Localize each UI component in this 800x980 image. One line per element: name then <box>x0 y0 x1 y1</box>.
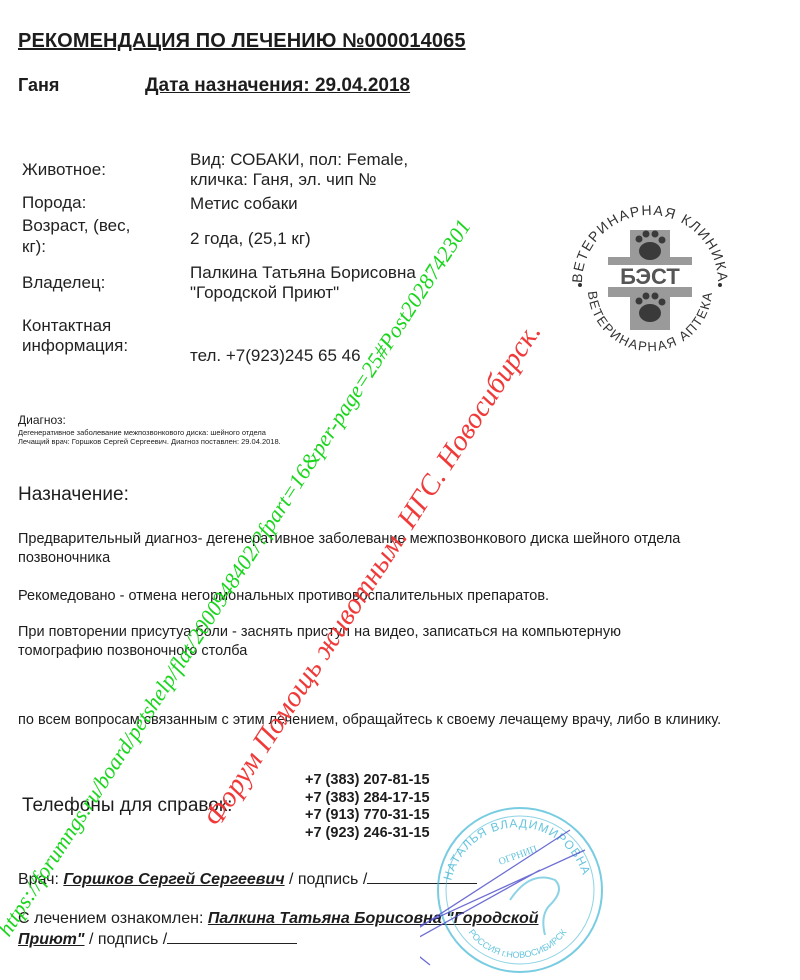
contact-phone: тел. +7(923)245 65 46 <box>190 346 361 366</box>
owner-value-line2: "Городской Приют" <box>190 283 339 303</box>
owner-label: Владелец: <box>22 273 105 293</box>
logo-brand: БЭСТ <box>620 264 680 289</box>
phone-number: +7 (923) 246-31-15 <box>305 825 430 841</box>
owner-signature-blank <box>167 929 297 944</box>
prescription-title: Назначение: <box>18 484 129 506</box>
diagnosis-doctor-line: Лечащий врач: Горшков Сергей Сергеевич. … <box>18 437 281 446</box>
contact-label-line1: Контактная <box>22 316 111 336</box>
ack-line2: Приют" / подпись / <box>18 929 297 949</box>
phone-number: +7 (913) 770-31-15 <box>305 807 430 823</box>
animal-label: Животное: <box>22 160 106 180</box>
signature-label: / подпись / <box>85 931 168 948</box>
breed-label: Порода: <box>22 193 86 213</box>
age-label-line2: кг): <box>22 237 46 257</box>
acknowledged-name-cont: Приют" <box>18 931 85 948</box>
handwritten-signature <box>420 830 585 965</box>
contact-label-line2: информация: <box>22 336 128 356</box>
age-value: 2 года, (25,1 кг) <box>190 229 311 249</box>
svg-text:РОССИЯ г.НОВОСИБИРСК: РОССИЯ г.НОВОСИБИРСК <box>467 927 569 960</box>
diagnosis-line: Дегенеративное заболевание межпозвонково… <box>18 428 266 437</box>
document-title: РЕКОМЕНДАЦИЯ ПО ЛЕЧЕНИЮ №000014065 <box>18 30 466 53</box>
doctor-name: Горшков Сергей Сергеевич <box>63 871 284 888</box>
clinic-logo: ВЕТЕРИНАРНАЯ КЛИНИКА ВЕТЕРИНАРНАЯ АПТЕКА… <box>560 185 740 360</box>
owner-value-line1: Палкина Татьяна Борисовна <box>190 263 416 283</box>
phone-number: +7 (383) 284-17-15 <box>305 790 430 806</box>
acknowledged-label: С лечением ознакомлен: <box>18 910 208 927</box>
official-stamp: НАТАЛЬЯ ВЛАДИМИРОВНА РОССИЯ г.НОВОСИБИРС… <box>420 790 610 980</box>
stamp-city: РОССИЯ г.НОВОСИБИРСК <box>467 927 569 960</box>
age-label-line1: Возраст, (вес, <box>22 216 130 236</box>
appointment-date: Дата назначения: 29.04.2018 <box>145 75 410 97</box>
animal-value-line1: Вид: СОБАКИ, пол: Female, <box>190 150 408 170</box>
animal-value-line2: кличка: Ганя, эл. чип № <box>190 170 377 190</box>
doctor-signature-line: Врач: Горшков Сергей Сергеевич / подпись… <box>18 869 477 889</box>
diagnosis-title: Диагноз: <box>18 413 66 427</box>
phone-number: +7 (383) 207-81-15 <box>305 772 430 788</box>
signature-label: / подпись / <box>285 871 368 888</box>
breed-value: Метис собаки <box>190 194 298 214</box>
pet-name: Ганя <box>18 75 59 96</box>
